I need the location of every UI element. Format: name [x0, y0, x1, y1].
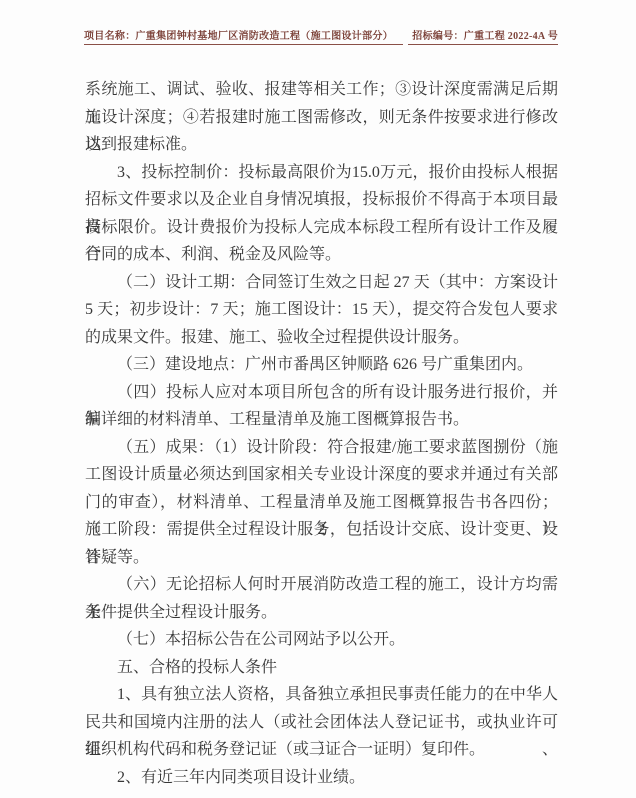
section-heading: 五、合格的投标人条件 — [85, 654, 558, 682]
text-line: 民共和国境内注册的法人（或社会团体法人登记证书，或执业许可证）、 — [85, 709, 558, 737]
text-line: 门的审查），材料清单、工程量清单及施工图概算报告书各四份；（2） — [85, 489, 558, 517]
text-line: 答疑等。 — [85, 544, 558, 572]
text-line: 2、有近三年内同类项目设计业绩。 — [85, 764, 558, 792]
text-line: （五）成果：（1）设计阶段：符合报建/施工要求蓝图捌份（施 — [85, 434, 558, 462]
project-name-label: 项目名称：广重集团钟村基地厂区消防改造工程（施工图设计部分） — [84, 27, 403, 45]
text-line: 招标文件要求以及企业自身情况填报，投标报价不得高于本项目最高 — [85, 186, 558, 214]
text-line: 工图设计质量必须达到国家相关专业设计深度的要求并通过有关部 — [85, 461, 558, 489]
text-line: 3、投标控制价：投标最高限价为15.0万元，报价由投标人根据 — [85, 159, 558, 187]
tender-number-label: 招标编号：广重工程 2022-4A 号 — [408, 27, 558, 45]
text-line: 1、具有独立法人资格，具备独立承担民事责任能力的在中华人 — [85, 681, 558, 709]
document-body: 系统施工、调试、验收、报建等相关工作；③设计深度需满足后期施 工设计深度；④若报… — [85, 76, 558, 791]
text-line: 合同的成本、利润、税金及风险等。 — [85, 241, 558, 269]
text-line: 达到报建标准。 — [85, 131, 558, 159]
text-line: （六）无论招标人何时开展消防改造工程的施工，设计方均需无 — [85, 571, 558, 599]
text-line: 工设计深度；④若报建时施工图需修改，则无条件按要求进行修改以 — [85, 104, 558, 132]
text-line: 5 天；初步设计：7 天；施工图设计：15 天），提交符合发包人要求 — [85, 296, 558, 324]
text-line: 投标限价。设计费报价为投标人完成本标段工程所有设计工作及履行 — [85, 214, 558, 242]
text-line: （四）投标人应对本项目所包含的所有设计服务进行报价，并编 — [85, 379, 558, 407]
page-header: 项目名称：广重集团钟村基地厂区消防改造工程（施工图设计部分） 招标编号：广重工程… — [84, 27, 558, 45]
text-line: 施工阶段：需提供全过程设计服务，包括设计交底、设计变更、设计 — [85, 516, 558, 544]
text-line: 条件提供全过程设计服务。 — [85, 599, 558, 627]
text-line: 制详细的材料清单、工程量清单及施工图概算报告书。 — [85, 406, 558, 434]
text-line: （二）设计工期：合同签订生效之日起 27 天（其中：方案设计 — [85, 269, 558, 297]
text-line: 系统施工、调试、验收、报建等相关工作；③设计深度需满足后期施 — [85, 76, 558, 104]
document-page: 项目名称：广重集团钟村基地厂区消防改造工程（施工图设计部分） 招标编号：广重工程… — [0, 0, 636, 798]
text-line: （七）本招标公告在公司网站予以公开。 — [85, 626, 558, 654]
text-line: 的成果文件。报建、施工、验收全过程提供设计服务。 — [85, 324, 558, 352]
text-line: （三）建设地点：广州市番禺区钟顺路 626 号广重集团内。 — [85, 351, 558, 379]
